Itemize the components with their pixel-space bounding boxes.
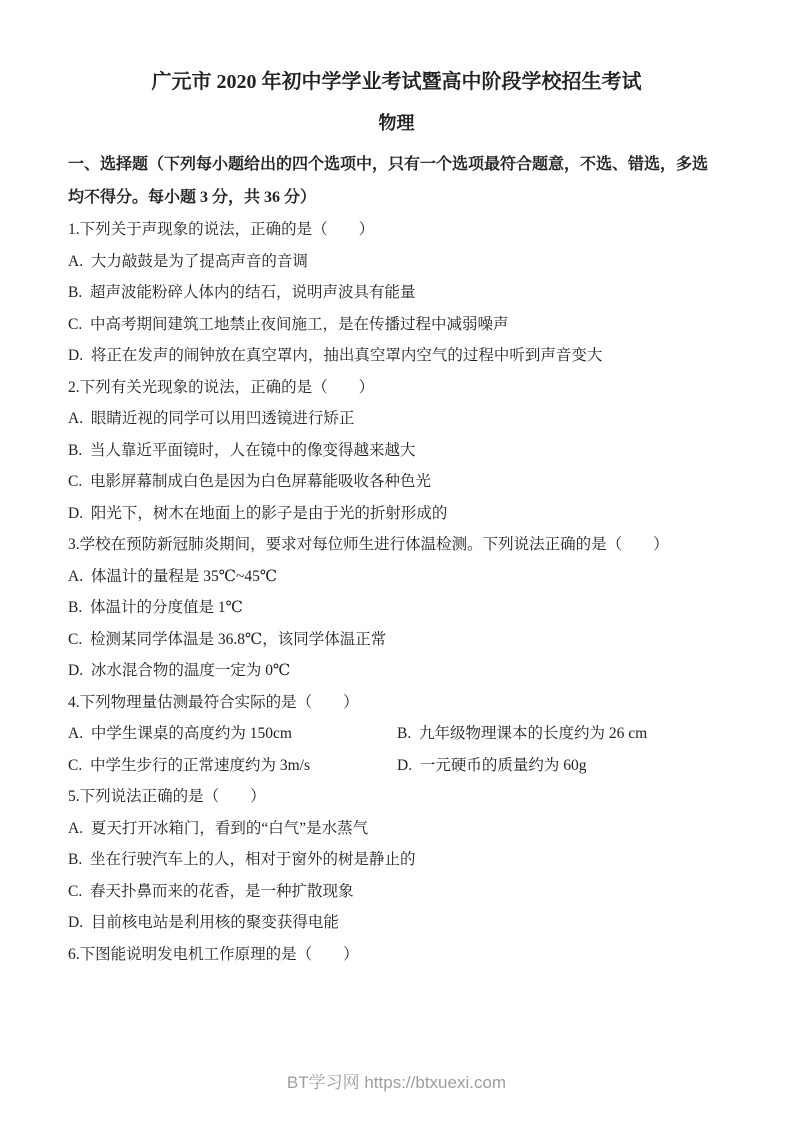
section-header: 一、选择题（下列每小题给出的四个选项中，只有一个选项最符合题意，不选、错选，多选… — [68, 148, 737, 214]
question-text: 下列物理量估测最符合实际的是（ ） — [80, 694, 359, 711]
option-a: A. 夏天打开冰箱门，看到的“白气”是水蒸气 — [68, 813, 745, 845]
option-c: C. 检测某同学体温是 36.8℃，该同学体温正常 — [68, 624, 745, 656]
question-number: 2. — [68, 379, 80, 396]
question-stem: 5.下列说法正确的是（ ） — [68, 781, 745, 813]
question-6: 6.下图能说明发电机工作原理的是（ ） — [68, 939, 745, 971]
question-number: 5. — [68, 788, 80, 805]
option-b: B. 当人靠近平面镜时，人在镜中的像变得越来越大 — [68, 435, 745, 467]
question-4: 4.下列物理量估测最符合实际的是（ ） A. 中学生课桌的高度约为 150cm … — [68, 687, 745, 782]
option-a: A. 体温计的量程是 35℃~45℃ — [68, 561, 745, 593]
question-number: 4. — [68, 694, 80, 711]
question-number: 1. — [68, 221, 80, 238]
option-row-1: A. 中学生课桌的高度约为 150cm B. 九年级物理课本的长度约为 26 c… — [68, 718, 745, 750]
option-b: B. 坐在行驶汽车上的人，相对于窗外的树是静止的 — [68, 844, 745, 876]
question-stem: 6.下图能说明发电机工作原理的是（ ） — [68, 939, 745, 971]
question-5: 5.下列说法正确的是（ ） A. 夏天打开冰箱门，看到的“白气”是水蒸气 B. … — [68, 781, 745, 939]
question-stem: 3.学校在预防新冠肺炎期间，要求对每位师生进行体温检测。下列说法正确的是（ ） — [68, 529, 745, 561]
exam-page: 广元市 2020 年初中学学业考试暨高中阶段学校招生考试 物理 一、选择题（下列… — [0, 0, 793, 1122]
section-header-line2: 均不得分。每小题 3 分，共 36 分） — [68, 181, 737, 214]
watermark-footer: BT学习网 https://btxuexi.com — [0, 1068, 793, 1093]
option-c: C. 春天扑鼻而来的花香，是一种扩散现象 — [68, 876, 745, 908]
questions-area: 1.下列关于声现象的说法，正确的是（ ） A. 大力敲鼓是为了提高声音的音调 B… — [68, 214, 745, 970]
option-b: B. 超声波能粉碎人体内的结石，说明声波具有能量 — [68, 277, 745, 309]
option-d: D. 一元硬币的质量约为 60g — [397, 750, 745, 782]
question-3: 3.学校在预防新冠肺炎期间，要求对每位师生进行体温检测。下列说法正确的是（ ） … — [68, 529, 745, 687]
option-a: A. 眼睛近视的同学可以用凹透镜进行矫正 — [68, 403, 745, 435]
question-text: 下列说法正确的是（ ） — [80, 788, 266, 805]
option-c: C. 电影屏幕制成白色是因为白色屏幕能吸收各种色光 — [68, 466, 745, 498]
option-a: A. 大力敲鼓是为了提高声音的音调 — [68, 246, 745, 278]
section-header-line1: 一、选择题（下列每小题给出的四个选项中，只有一个选项最符合题意，不选、错选，多选 — [68, 148, 737, 181]
option-c: C. 中学生步行的正常速度约为 3m/s — [68, 750, 397, 782]
question-text: 下列有关光现象的说法，正确的是（ ） — [80, 379, 375, 396]
question-number: 6. — [68, 946, 80, 963]
option-b: B. 体温计的分度值是 1℃ — [68, 592, 745, 624]
page-title: 广元市 2020 年初中学学业考试暨高中阶段学校招生考试 — [0, 70, 793, 94]
question-stem: 2.下列有关光现象的说法，正确的是（ ） — [68, 372, 745, 404]
question-text: 学校在预防新冠肺炎期间，要求对每位师生进行体温检测。下列说法正确的是（ ） — [80, 536, 669, 553]
question-stem: 4.下列物理量估测最符合实际的是（ ） — [68, 687, 745, 719]
question-number: 3. — [68, 536, 80, 553]
subject-title: 物理 — [0, 111, 793, 135]
option-d: D. 目前核电站是利用核的聚变获得电能 — [68, 907, 745, 939]
question-1: 1.下列关于声现象的说法，正确的是（ ） A. 大力敲鼓是为了提高声音的音调 B… — [68, 214, 745, 372]
question-2: 2.下列有关光现象的说法，正确的是（ ） A. 眼睛近视的同学可以用凹透镜进行矫… — [68, 372, 745, 530]
question-stem: 1.下列关于声现象的说法，正确的是（ ） — [68, 214, 745, 246]
option-row-2: C. 中学生步行的正常速度约为 3m/s D. 一元硬币的质量约为 60g — [68, 750, 745, 782]
option-b: B. 九年级物理课本的长度约为 26 cm — [397, 718, 745, 750]
option-a: A. 中学生课桌的高度约为 150cm — [68, 718, 397, 750]
option-d: D. 冰水混合物的温度一定为 0℃ — [68, 655, 745, 687]
option-d: D. 阳光下，树木在地面上的影子是由于光的折射形成的 — [68, 498, 745, 530]
question-text: 下图能说明发电机工作原理的是（ ） — [80, 946, 359, 963]
option-c: C. 中高考期间建筑工地禁止夜间施工，是在传播过程中减弱噪声 — [68, 309, 745, 341]
question-text: 下列关于声现象的说法，正确的是（ ） — [80, 221, 375, 238]
option-d: D. 将正在发声的闹钟放在真空罩内，抽出真空罩内空气的过程中听到声音变大 — [68, 340, 745, 372]
